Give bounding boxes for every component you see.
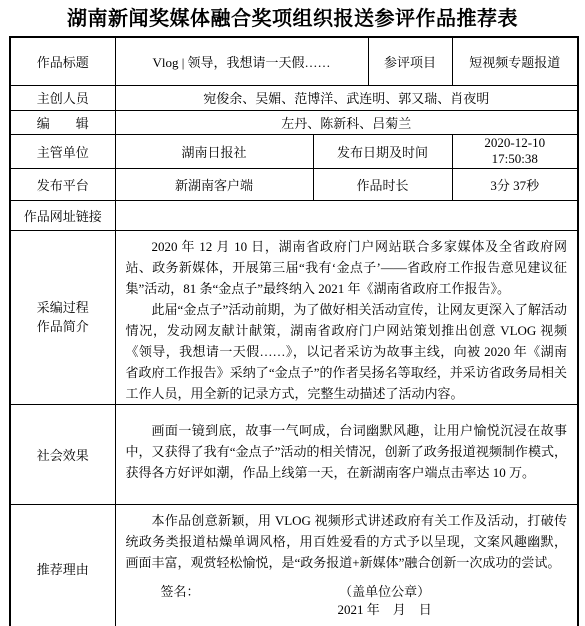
creators-label: 主创人员 <box>10 85 115 110</box>
duration-label: 作品时长 <box>313 168 452 200</box>
entry-category-label: 参评项目 <box>368 37 452 85</box>
creators-value: 宛俊余、吴媚、范博洋、武连明、郭又瑞、肖夜明 <box>115 85 578 110</box>
entry-category-value: 短视频专题报道 <box>452 37 578 85</box>
duration-value: 3分 37秒 <box>452 168 578 200</box>
social-effect-content: 画面一镜到底，故事一气呵成，台词幽默风趣，让用户愉悦沉浸在故事中，又获得了我有“… <box>115 404 578 504</box>
intro-label: 采编过程 作品简介 <box>10 230 115 404</box>
platform-label: 发布平台 <box>10 168 115 200</box>
row-intro: 采编过程 作品简介 2020 年 12 月 10 日，湖南省政府门户网站联合多家… <box>10 230 578 404</box>
publish-date: 2020-12-10 <box>453 135 578 151</box>
row-creators: 主创人员 宛俊余、吴媚、范博洋、武连明、郭又瑞、肖夜明 <box>10 85 578 110</box>
row-work-title: 作品标题 Vlog | 领导，我想请一天假…… 参评项目 短视频专题报道 <box>10 37 578 85</box>
social-effect-label: 社会效果 <box>10 404 115 504</box>
intro-paragraph-1: 2020 年 12 月 10 日，湖南省政府门户网站联合多家媒体及全省政府网站、… <box>126 236 568 299</box>
row-platform: 发布平台 新湖南客户端 作品时长 3分 37秒 <box>10 168 578 200</box>
recommendation-paragraph: 本作品创意新颖，用 VLOG 视频形式讲述政府有关工作及活动，打破传统政务类报道… <box>126 510 568 573</box>
row-social-effect: 社会效果 画面一镜到底，故事一气呵成，台词幽默风趣，让用户愉悦沉浸在故事中，又获… <box>10 404 578 504</box>
stamp-date: 2021 年 月 日 <box>338 601 432 619</box>
publish-datetime-value: 2020-12-10 17:50:38 <box>452 134 578 168</box>
recommendation-label: 推荐理由 <box>10 504 115 626</box>
page-title: 湖南新闻奖媒体融合奖项组织报送参评作品推荐表 <box>0 0 585 31</box>
social-effect-paragraph: 画面一镜到底，故事一气呵成，台词幽默风趣，让用户愉悦沉浸在故事中，又获得了我有“… <box>126 420 568 483</box>
platform-value: 新湖南客户端 <box>115 168 313 200</box>
signature-row: 签名： （盖单位公章） 2021 年 月 日 <box>126 583 568 619</box>
supervisor-value: 湖南日报社 <box>115 134 313 168</box>
row-recommendation: 推荐理由 本作品创意新颖，用 VLOG 视频形式讲述政府有关工作及活动，打破传统… <box>10 504 578 626</box>
url-value <box>115 200 578 230</box>
row-editors: 编 辑 左丹、陈新科、吕菊兰 <box>10 110 578 134</box>
url-label: 作品网址链接 <box>10 200 115 230</box>
recommendation-content: 本作品创意新颖，用 VLOG 视频形式讲述政府有关工作及活动，打破传统政务类报道… <box>115 504 578 626</box>
work-title-value: Vlog | 领导，我想请一天假…… <box>115 37 368 85</box>
intro-label-line1: 采编过程 <box>11 298 115 317</box>
publish-datetime-label: 发布日期及时间 <box>313 134 452 168</box>
stamp-block: （盖单位公章） 2021 年 月 日 <box>338 583 432 619</box>
signature-label: 签名： <box>161 583 200 619</box>
publish-time: 17:50:38 <box>453 151 578 167</box>
intro-content: 2020 年 12 月 10 日，湖南省政府门户网站联合多家媒体及全省政府网站、… <box>115 230 578 404</box>
editors-value: 左丹、陈新科、吕菊兰 <box>115 110 578 134</box>
recommendation-table: 作品标题 Vlog | 领导，我想请一天假…… 参评项目 短视频专题报道 主创人… <box>9 36 579 626</box>
work-title-label: 作品标题 <box>10 37 115 85</box>
intro-label-line2: 作品简介 <box>11 317 115 336</box>
row-url: 作品网址链接 <box>10 200 578 230</box>
supervisor-label: 主管单位 <box>10 134 115 168</box>
stamp-note: （盖单位公章） <box>338 583 432 601</box>
intro-paragraph-2: 此届“金点子”活动前期，为了做好相关活动宣传，让网友更深入了解活动情况，发动网友… <box>126 299 568 404</box>
row-supervisor: 主管单位 湖南日报社 发布日期及时间 2020-12-10 17:50:38 <box>10 134 578 168</box>
editors-label: 编 辑 <box>10 110 115 134</box>
